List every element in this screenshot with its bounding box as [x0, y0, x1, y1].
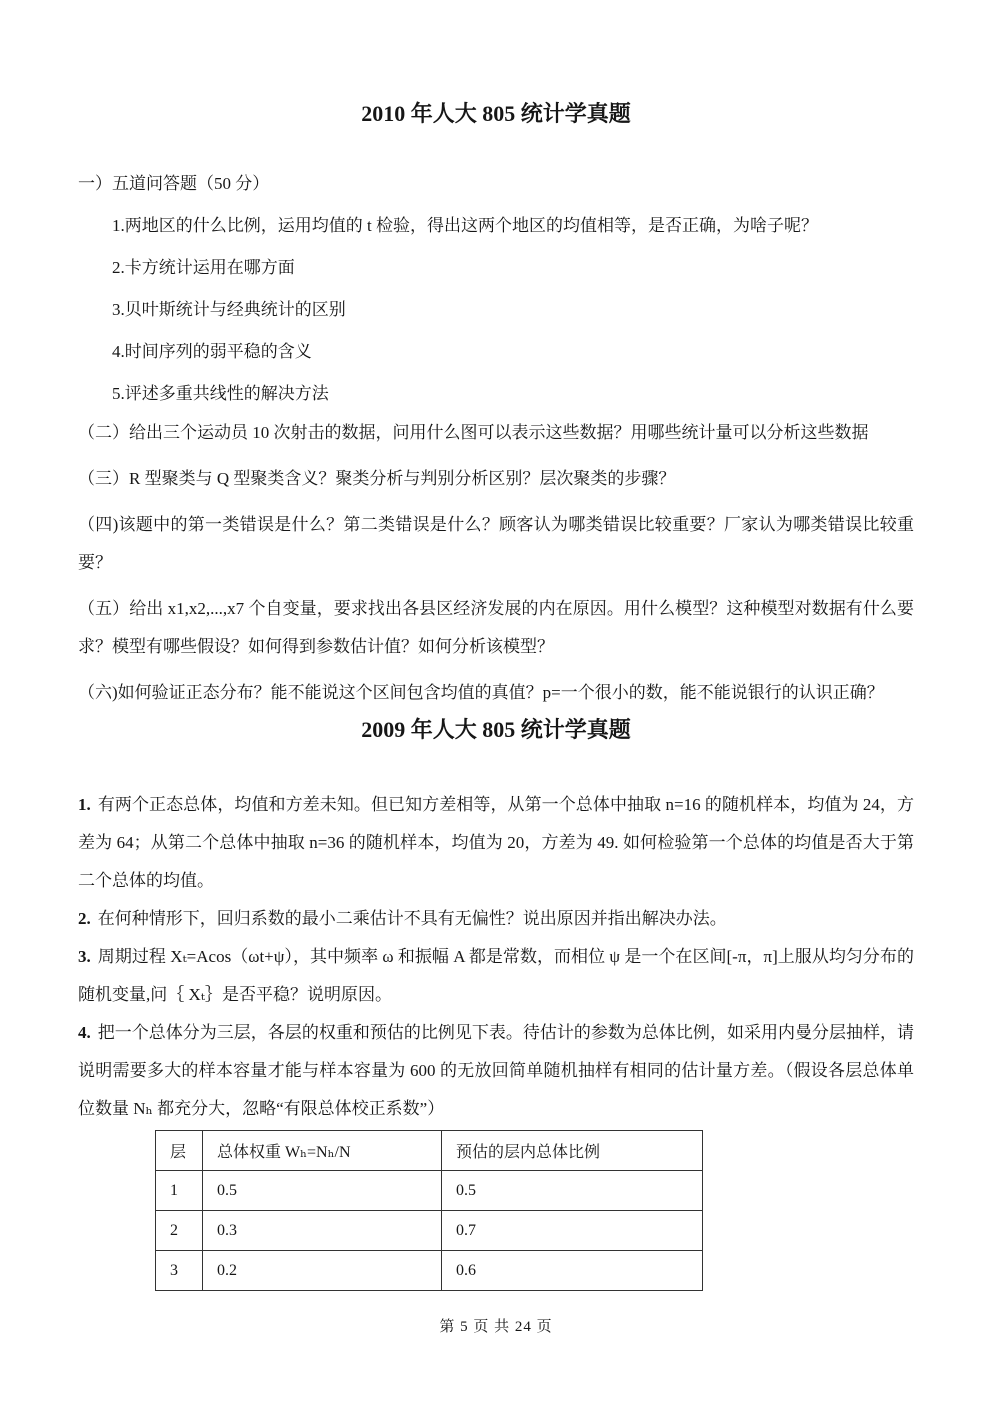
- table-cell: 3: [156, 1251, 203, 1291]
- question-number: 3.: [78, 947, 91, 966]
- question-paragraph: 2.在何种情形下，回归系数的最小二乘估计不具有无偏性？说出原因并指出解决办法。: [78, 900, 914, 938]
- question-item-1: 1.两地区的什么比例，运用均值的 t 检验，得出这两个地区的均值相等，是否正确，…: [112, 214, 914, 238]
- table-cell: 0.3: [203, 1211, 442, 1251]
- question-number: 2.: [78, 909, 91, 928]
- question-item-5: 5.评述多重共线性的解决方法: [112, 382, 914, 406]
- table-cell: 2: [156, 1211, 203, 1251]
- table-header-row: 层 总体权重 Wₕ=Nₕ/N 预估的层内总体比例: [156, 1131, 703, 1171]
- table-row: 2 0.3 0.7: [156, 1211, 703, 1251]
- document-page: 2010 年人大 805 统计学真题 一）五道问答题（50 分） 1.两地区的什…: [0, 0, 992, 1403]
- question-paragraph-6: （六)如何验证正态分布？能不能说这个区间包含均值的真值？p=一个很小的数，能不能…: [78, 674, 914, 712]
- question-text: 有两个正态总体，均值和方差未知。但已知方差相等，从第一个总体中抽取 n=16 的…: [78, 795, 914, 890]
- question-paragraph-4: （四)该题中的第一类错误是什么？第二类错误是什么？顾客认为哪类错误比较重要？厂家…: [78, 506, 914, 582]
- table-header-layer: 层: [156, 1131, 203, 1171]
- table-header-weight: 总体权重 Wₕ=Nₕ/N: [203, 1131, 442, 1171]
- question-number: 1.: [78, 795, 91, 814]
- question-paragraph: 3.周期过程 Xₜ=Acos（ωt+ψ），其中频率 ω 和振幅 A 都是常数，而…: [78, 938, 914, 1014]
- page-footer: 第 5 页 共 24 页: [78, 1317, 914, 1337]
- question-paragraph-5: （五）给出 x1,x2,...,x7 个自变量，要求找出各县区经济发展的内在原因…: [78, 590, 914, 666]
- question-text: 在何种情形下，回归系数的最小二乘估计不具有无偏性？说出原因并指出解决办法。: [98, 909, 727, 928]
- question-paragraph: 4.把一个总体分为三层，各层的权重和预估的比例见下表。待估计的参数为总体比例，如…: [78, 1014, 914, 1128]
- table-cell: 0.2: [203, 1251, 442, 1291]
- section-one-heading: 一）五道问答题（50 分）: [78, 172, 914, 196]
- question-item-2: 2.卡方统计运用在哪方面: [112, 256, 914, 280]
- question-item-4: 4.时间序列的弱平稳的含义: [112, 340, 914, 364]
- table-cell: 0.5: [203, 1171, 442, 1211]
- strata-table: 层 总体权重 Wₕ=Nₕ/N 预估的层内总体比例 1 0.5 0.5 2 0.3…: [155, 1130, 703, 1291]
- question-text: 把一个总体分为三层，各层的权重和预估的比例见下表。待估计的参数为总体比例，如采用…: [78, 1023, 914, 1118]
- exam-2010-title: 2010 年人大 805 统计学真题: [78, 100, 914, 128]
- question-number: 4.: [78, 1023, 91, 1042]
- table-cell: 1: [156, 1171, 203, 1211]
- table-header-proportion: 预估的层内总体比例: [442, 1131, 703, 1171]
- table-cell: 0.5: [442, 1171, 703, 1211]
- table-row: 3 0.2 0.6: [156, 1251, 703, 1291]
- table-cell: 0.6: [442, 1251, 703, 1291]
- question-text: 周期过程 Xₜ=Acos（ωt+ψ），其中频率 ω 和振幅 A 都是常数，而相位…: [78, 947, 914, 1004]
- table-cell: 0.7: [442, 1211, 703, 1251]
- question-paragraph-3: （三）R 型聚类与 Q 型聚类含义？聚类分析与判别分析区别？层次聚类的步骤？: [78, 460, 914, 498]
- question-paragraph-2: （二）给出三个运动员 10 次射击的数据，问用什么图可以表示这些数据？用哪些统计…: [78, 414, 914, 452]
- table-row: 1 0.5 0.5: [156, 1171, 703, 1211]
- question-paragraph: 1.有两个正态总体，均值和方差未知。但已知方差相等，从第一个总体中抽取 n=16…: [78, 786, 914, 900]
- exam-2009-title: 2009 年人大 805 统计学真题: [78, 716, 914, 744]
- question-item-3: 3.贝叶斯统计与经典统计的区别: [112, 298, 914, 322]
